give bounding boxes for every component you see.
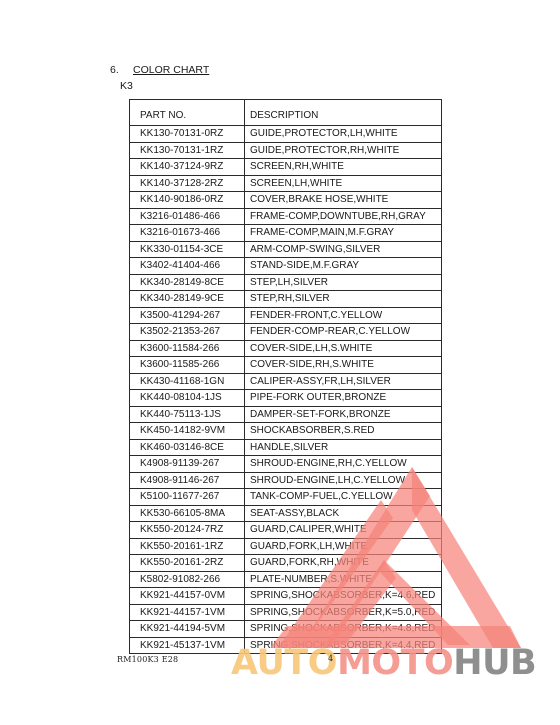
table-row: KK430-41168-1GNCALIPER-ASSY,FR,LH,SILVER <box>130 373 442 390</box>
description-cell: SHOCKABSORBER,S.RED <box>245 423 442 440</box>
table-row: KK440-08104-1JSPIPE-FORK OUTER,BRONZE <box>130 390 442 407</box>
table-row: KK450-14182-9VMSHOCKABSORBER,S.RED <box>130 423 442 440</box>
table-row: KK140-90186-0RZCOVER,BRAKE HOSE,WHITE <box>130 192 442 209</box>
description-cell: GUIDE,PROTECTOR,LH,WHITE <box>245 126 442 143</box>
section-number: 6. <box>110 64 119 76</box>
description-cell: SHROUD-ENGINE,LH,C.YELLOW <box>245 472 442 489</box>
description-cell: GUARD,CALIPER,WHITE <box>245 522 442 539</box>
part-number-cell: KK921-44157-1VM <box>130 604 245 621</box>
part-number-cell: K4908-91146-267 <box>130 472 245 489</box>
description-cell: SPRING,SHOCKABSORBER,K=4.4,RED <box>245 637 442 654</box>
description-cell: SHROUD-ENGINE,RH,C.YELLOW <box>245 456 442 473</box>
color-chart-table: PART NO. DESCRIPTION KK130-70131-0RZGUID… <box>129 99 442 654</box>
part-number-cell: K5100-11677-267 <box>130 489 245 506</box>
table-row: K4908-91139-267SHROUD-ENGINE,RH,C.YELLOW <box>130 456 442 473</box>
description-cell: FENDER-COMP-REAR,C.YELLOW <box>245 324 442 341</box>
description-cell: PLATE-NUMBER,S.WHITE <box>245 571 442 588</box>
part-number-cell: KK460-03146-8CE <box>130 439 245 456</box>
description-cell: SPRING,SHOCKABSORBER,K=4.6,RED <box>245 588 442 605</box>
description-cell: SCREEN,RH,WHITE <box>245 159 442 176</box>
part-number-cell: K3500-41294-267 <box>130 307 245 324</box>
table-row: K5100-11677-267TANK-COMP-FUEL,C.YELLOW <box>130 489 442 506</box>
description-cell: ARM-COMP-SWING,SILVER <box>245 241 442 258</box>
header-description: DESCRIPTION <box>245 100 442 126</box>
watermark-hub: HUB <box>453 643 536 683</box>
description-cell: STAND-SIDE,M.F.GRAY <box>245 258 442 275</box>
model-label: K3 <box>120 80 133 92</box>
table-row: K3600-11585-266COVER-SIDE,RH,S.WHITE <box>130 357 442 374</box>
description-cell: GUARD,FORK,LH,WHITE <box>245 538 442 555</box>
table-row: K3216-01486-466FRAME-COMP,DOWNTUBE,RH,GR… <box>130 208 442 225</box>
table-row: KK460-03146-8CEHANDLE,SILVER <box>130 439 442 456</box>
table-row: KK550-20124-7RZGUARD,CALIPER,WHITE <box>130 522 442 539</box>
part-number-cell: K3216-01673-466 <box>130 225 245 242</box>
table-header-row: PART NO. DESCRIPTION <box>130 100 442 126</box>
part-number-cell: KK140-37128-2RZ <box>130 175 245 192</box>
part-number-cell: KK921-44157-0VM <box>130 588 245 605</box>
table-row: KK921-44157-1VMSPRING,SHOCKABSORBER,K=5.… <box>130 604 442 621</box>
table-row: KK140-37128-2RZSCREEN,LH,WHITE <box>130 175 442 192</box>
description-cell: SEAT-ASSY,BLACK <box>245 505 442 522</box>
description-cell: SPRING,SHOCKABSORBER,K=4.8,RED <box>245 621 442 638</box>
table-body: KK130-70131-0RZGUIDE,PROTECTOR,LH,WHITEK… <box>130 126 442 654</box>
part-number-cell: KK450-14182-9VM <box>130 423 245 440</box>
table-row: KK921-44194-5VMSPRING,SHOCKABSORBER,K=4.… <box>130 621 442 638</box>
description-cell: COVER,BRAKE HOSE,WHITE <box>245 192 442 209</box>
description-cell: GUARD,FORK,RH,WHITE <box>245 555 442 572</box>
part-number-cell: KK440-75113-1JS <box>130 406 245 423</box>
part-number-cell: KK140-37124-9RZ <box>130 159 245 176</box>
page-number: 4 <box>328 654 333 663</box>
table-row: K4908-91146-267SHROUD-ENGINE,LH,C.YELLOW <box>130 472 442 489</box>
table-row: KK530-66105-8MASEAT-ASSY,BLACK <box>130 505 442 522</box>
part-number-cell: KK550-20161-2RZ <box>130 555 245 572</box>
part-number-cell: KK140-90186-0RZ <box>130 192 245 209</box>
description-cell: HANDLE,SILVER <box>245 439 442 456</box>
description-cell: PIPE-FORK OUTER,BRONZE <box>245 390 442 407</box>
table-row: KK130-70131-1RZGUIDE,PROTECTOR,RH,WHITE <box>130 142 442 159</box>
table-row: K3402-41404-466STAND-SIDE,M.F.GRAY <box>130 258 442 275</box>
part-number-cell: K5802-91082-266 <box>130 571 245 588</box>
table-row: KK440-75113-1JSDAMPER-SET-FORK,BRONZE <box>130 406 442 423</box>
table-row: KK921-45137-1VMSPRING,SHOCKABSORBER,K=4.… <box>130 637 442 654</box>
description-cell: SPRING,SHOCKABSORBER,K=5.0,RED <box>245 604 442 621</box>
table-row: KK140-37124-9RZSCREEN,RH,WHITE <box>130 159 442 176</box>
description-cell: GUIDE,PROTECTOR,RH,WHITE <box>245 142 442 159</box>
description-cell: FENDER-FRONT,C.YELLOW <box>245 307 442 324</box>
table-row: K5802-91082-266PLATE-NUMBER,S.WHITE <box>130 571 442 588</box>
description-cell: CALIPER-ASSY,FR,LH,SILVER <box>245 373 442 390</box>
header-part-no: PART NO. <box>130 100 245 126</box>
table-row: K3600-11584-266COVER-SIDE,LH,S.WHITE <box>130 340 442 357</box>
part-number-cell: KK430-41168-1GN <box>130 373 245 390</box>
description-cell: COVER-SIDE,LH,S.WHITE <box>245 340 442 357</box>
table-row: KK550-20161-2RZGUARD,FORK,RH,WHITE <box>130 555 442 572</box>
part-number-cell: KK330-01154-3CE <box>130 241 245 258</box>
part-number-cell: KK130-70131-0RZ <box>130 126 245 143</box>
part-number-cell: KK921-44194-5VM <box>130 621 245 638</box>
part-number-cell: KK130-70131-1RZ <box>130 142 245 159</box>
description-cell: STEP,LH,SILVER <box>245 274 442 291</box>
part-number-cell: KK340-28149-9CE <box>130 291 245 308</box>
table-row: KK340-28149-8CESTEP,LH,SILVER <box>130 274 442 291</box>
part-number-cell: K3216-01486-466 <box>130 208 245 225</box>
part-number-cell: KK550-20161-1RZ <box>130 538 245 555</box>
part-number-cell: K4908-91139-267 <box>130 456 245 473</box>
table-row: KK330-01154-3CEARM-COMP-SWING,SILVER <box>130 241 442 258</box>
part-number-cell: K3402-41404-466 <box>130 258 245 275</box>
table-row: K3500-41294-267FENDER-FRONT,C.YELLOW <box>130 307 442 324</box>
description-cell: STEP,RH,SILVER <box>245 291 442 308</box>
part-number-cell: KK440-08104-1JS <box>130 390 245 407</box>
description-cell: FRAME-COMP,DOWNTUBE,RH,GRAY <box>245 208 442 225</box>
table-row: KK130-70131-0RZGUIDE,PROTECTOR,LH,WHITE <box>130 126 442 143</box>
description-cell: DAMPER-SET-FORK,BRONZE <box>245 406 442 423</box>
footer-document-code: RM100K3 E28 <box>117 655 178 664</box>
part-number-cell: K3600-11584-266 <box>130 340 245 357</box>
part-number-cell: KK550-20124-7RZ <box>130 522 245 539</box>
description-cell: FRAME-COMP,MAIN,M.F.GRAY <box>245 225 442 242</box>
part-number-cell: KK530-66105-8MA <box>130 505 245 522</box>
table-row: KK550-20161-1RZGUARD,FORK,LH,WHITE <box>130 538 442 555</box>
description-cell: SCREEN,LH,WHITE <box>245 175 442 192</box>
description-cell: COVER-SIDE,RH,S.WHITE <box>245 357 442 374</box>
table-row: K3502-21353-267FENDER-COMP-REAR,C.YELLOW <box>130 324 442 341</box>
section-title: COLOR CHART <box>133 64 209 76</box>
part-number-cell: KK921-45137-1VM <box>130 637 245 654</box>
part-number-cell: K3600-11585-266 <box>130 357 245 374</box>
table-row: KK921-44157-0VMSPRING,SHOCKABSORBER,K=4.… <box>130 588 442 605</box>
part-number-cell: K3502-21353-267 <box>130 324 245 341</box>
description-cell: TANK-COMP-FUEL,C.YELLOW <box>245 489 442 506</box>
table-row: K3216-01673-466FRAME-COMP,MAIN,M.F.GRAY <box>130 225 442 242</box>
part-number-cell: KK340-28149-8CE <box>130 274 245 291</box>
table-row: KK340-28149-9CESTEP,RH,SILVER <box>130 291 442 308</box>
